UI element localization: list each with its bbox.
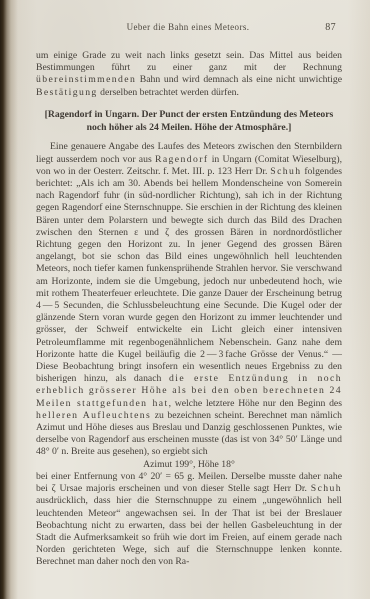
paragraph: bei einer Entfernung von 4° 20′ = 65 g. … [36,471,342,569]
paragraph: um einige Grade zu weit nach links geset… [36,50,342,99]
section-heading: [Ragendorf in Ungarn. Der Punct der erst… [42,109,336,135]
text-segment: [Ragendorf in Ungarn. Der Punct der erst… [45,109,334,133]
emphasized-text: übereinstimmenden [36,74,136,85]
text-segment: bei einer Entfernung von 4° 20′ = 65 g. … [36,471,342,494]
emphasized-text: Ragendorf [155,154,209,165]
centered-value-line: Azimut 199°, Höhe 18° [36,459,342,471]
text-segment: folgendes berichtet: „Als ich am 30. Abe… [36,166,342,384]
text-block: um einige Grade zu weit nach links geset… [36,50,342,569]
text-segment: Azimut 199°, Höhe 18° [143,459,235,470]
emphasized-text: helleren Aufleuchtens [36,410,151,421]
text-segment: ausdrücklich, dass hier die Sternschnupp… [36,495,342,567]
text-segment: , welche letztere Höhe nur den Beginn de… [169,398,342,409]
page-number: 87 [325,22,336,33]
paragraph: Eine genauere Angabe des Laufes des Mete… [36,141,342,458]
book-gutter-shadow [0,0,18,599]
text-segment: derselben betrachtet werden dürfen. [98,87,239,98]
emphasized-text: Schuh [270,166,301,177]
text-segment: um einige Grade zu weit nach links geset… [36,50,342,73]
emphasized-text: Schuh [311,483,342,494]
text-segment: Bahn und wird demnach als eine nicht unw… [136,74,342,85]
running-header: Ueber die Bahn eines Meteors. 87 [36,22,340,35]
emphasized-text: Bestätigung [36,87,98,98]
book-page: Ueber die Bahn eines Meteors. 87 um eini… [0,0,370,599]
running-header-title: Ueber die Bahn eines Meteors. [36,22,340,32]
